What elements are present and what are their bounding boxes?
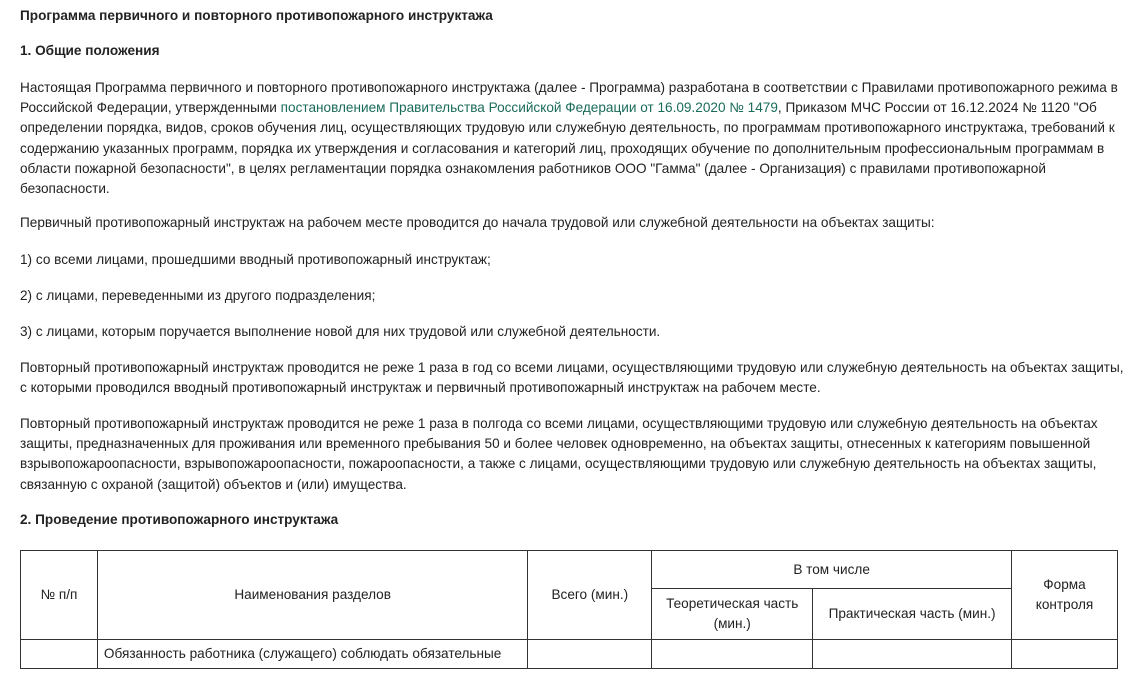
header-num: № п/п: [21, 551, 98, 640]
intro-paragraph: Настоящая Программа первичного и повторн…: [20, 78, 1125, 199]
header-practice: Практическая часть (мин.): [813, 589, 1012, 640]
list-item-1: 1) со всеми лицами, прошедшими вводный п…: [20, 250, 1125, 270]
header-including: В том числе: [652, 551, 1012, 589]
cell-practice: [813, 640, 1012, 669]
list-item-2: 2) с лицами, переведенными из другого по…: [20, 286, 1125, 306]
cell-num: [21, 640, 98, 669]
section-1-heading: 1. Общие положения: [20, 42, 160, 60]
header-total: Всего (мин.): [528, 551, 652, 640]
cell-control: [1011, 640, 1117, 669]
header-section-name: Наименования разделов: [97, 551, 527, 640]
header-control-form: Форма контроля: [1011, 551, 1117, 640]
repeat-halfyear-paragraph: Повторный противопожарный инструктаж про…: [20, 414, 1125, 495]
repeat-yearly-paragraph: Повторный противопожарный инструктаж про…: [20, 358, 1125, 398]
government-decree-link[interactable]: постановлением Правительства Российской …: [281, 100, 778, 115]
table-row: Обязанность работника (служащего) соблюд…: [21, 640, 1118, 669]
cell-theory: [652, 640, 813, 669]
list-item-3: 3) с лицами, которым поручается выполнен…: [20, 322, 1125, 342]
document-title: Программа первичного и повторного против…: [20, 7, 493, 25]
primary-instruction-paragraph: Первичный противопожарный инструктаж на …: [20, 213, 1125, 233]
header-theory: Теоретическая часть (мин.): [652, 589, 813, 640]
section-2-heading: 2. Проведение противопожарного инструкта…: [20, 511, 338, 529]
cell-section-name: Обязанность работника (служащего) соблюд…: [97, 640, 527, 669]
instruction-table: № п/п Наименования разделов Всего (мин.)…: [20, 550, 1118, 669]
cell-total: [528, 640, 652, 669]
